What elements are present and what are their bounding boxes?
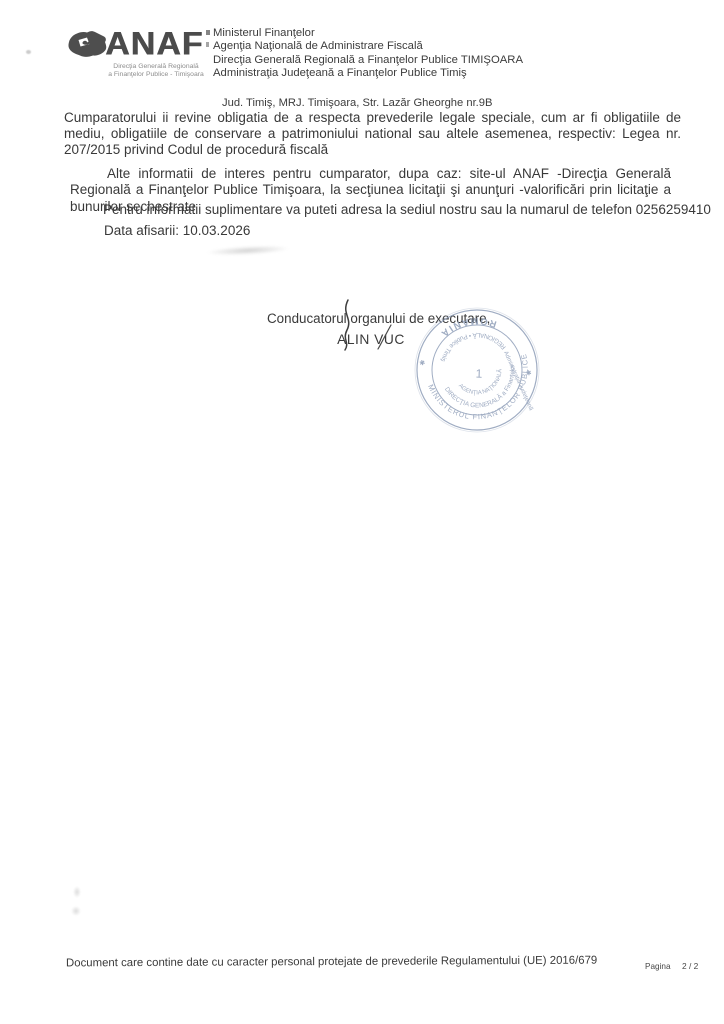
stamp-center-number: 1 (475, 366, 482, 380)
scan-mark (206, 42, 209, 47)
logo-subtitle-line1: Direcţia Generală Regională (96, 63, 216, 71)
gdpr-footer-note: Document care contine date cu caracter p… (66, 955, 597, 970)
stamp-star-right-icon: ✱ (525, 369, 533, 378)
paragraph-obligations: Cumparatorului ii revine obligatia de a … (64, 110, 681, 158)
letterhead-line-agency: Agenţia Naţională de Administrare Fiscal… (213, 40, 523, 53)
scan-smudge (206, 244, 290, 257)
official-round-stamp: ROMANIA MINISTERUL FINANŢELOR PUBLICE RE… (414, 307, 540, 433)
anaf-logo-text: ANAF (105, 26, 203, 63)
scan-speck (71, 906, 81, 916)
handwritten-signature (332, 294, 396, 356)
anaf-romania-map-icon (66, 29, 108, 59)
page-number-label: Pagina (645, 962, 671, 971)
scanned-document-page: ANAF Direcţia Generală Regională a Finan… (0, 0, 724, 1024)
anaf-logo-subtitle: Direcţia Generală Regională a Finanţelor… (96, 63, 216, 79)
address-line: Jud. Timiş, MRJ. Timişoara, Str. Lazăr G… (222, 97, 492, 109)
scan-mark (206, 30, 210, 35)
letterhead-line-ministry: Ministerul Finanţelor (213, 27, 523, 40)
logo-subtitle-line2: a Finanţelor Publice - Timişoara (96, 71, 216, 79)
scan-speck (73, 886, 81, 898)
letterhead-block: Ministerul Finanţelor Agenţia Naţională … (213, 27, 523, 80)
stamp-star-left-icon: ✱ (419, 359, 427, 368)
letterhead-line-county: Administraţia Judeţeană a Finanţelor Pub… (213, 67, 523, 80)
letterhead-line-regional: Direcţia Generală Regională a Finanţelor… (213, 54, 523, 67)
scan-speck (26, 50, 31, 54)
paragraph-contact: Pentru informatii suplimentare va puteti… (103, 202, 711, 218)
page-number-value: 2 / 2 (682, 961, 698, 971)
paragraph-posting-date: Data afisarii: 10.03.2026 (104, 223, 250, 239)
